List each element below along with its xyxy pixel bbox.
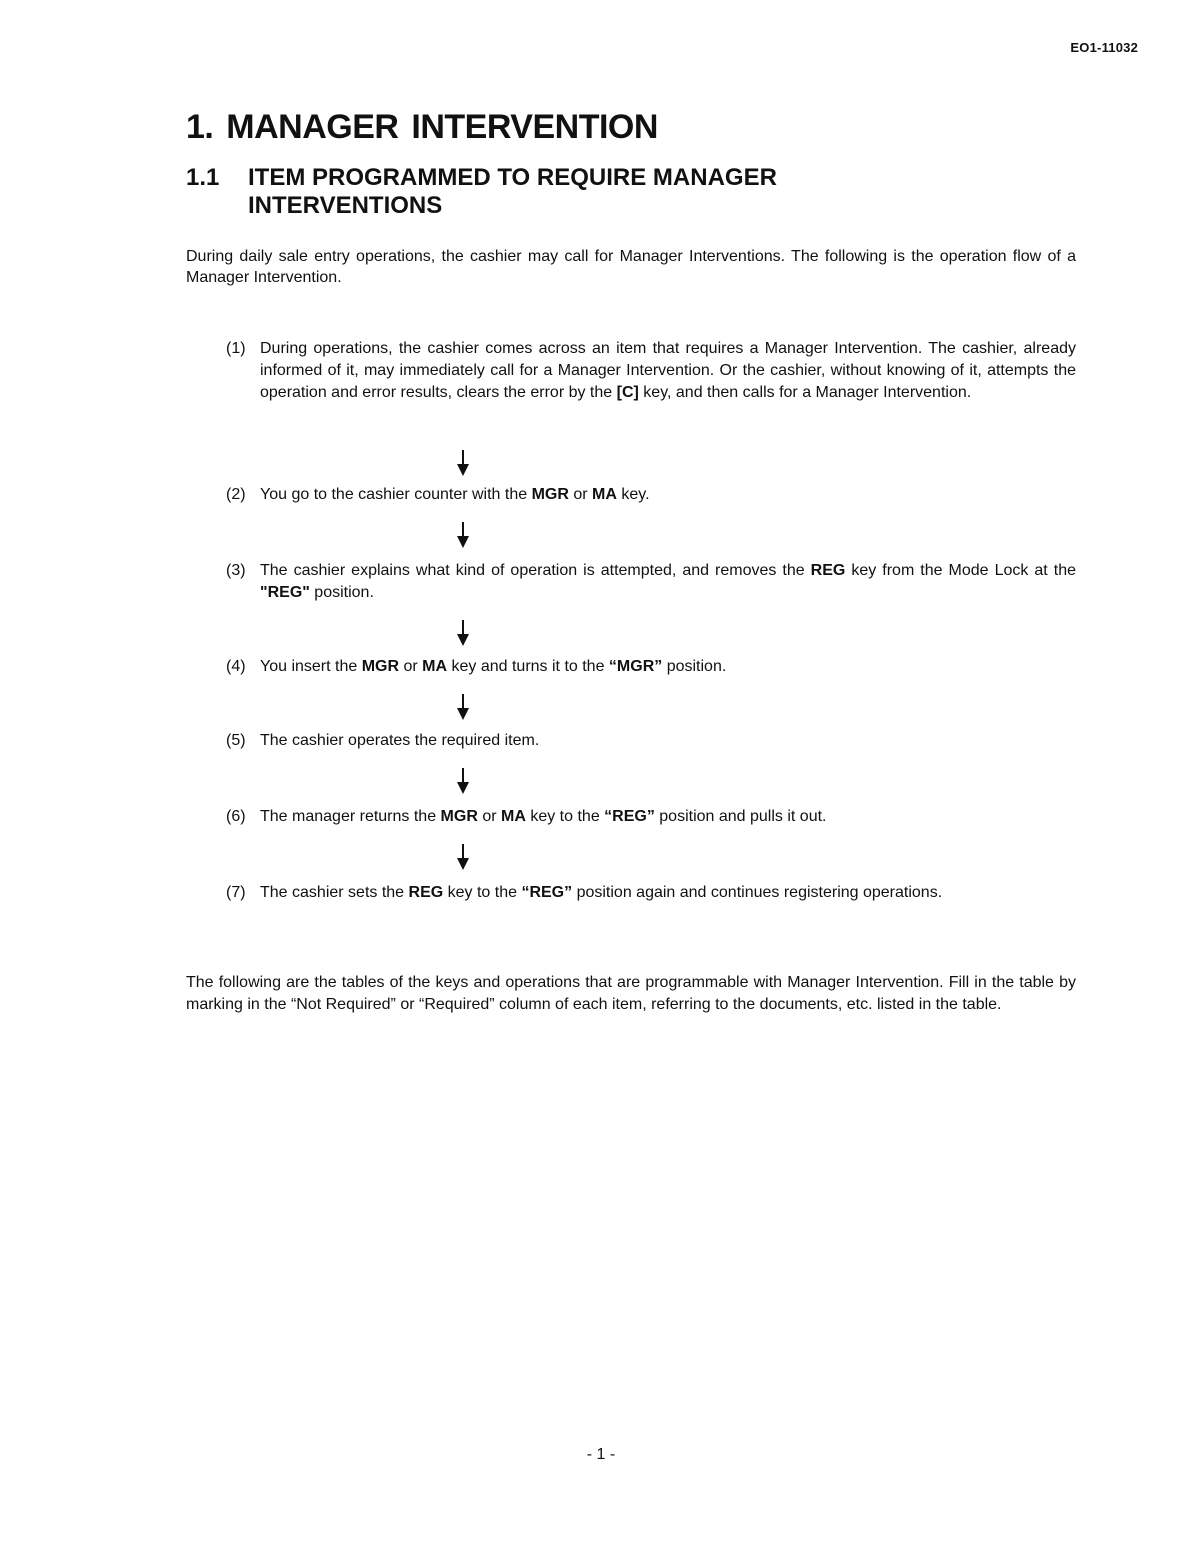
step-number: (4) (226, 656, 260, 678)
flow-step-1: (1) During operations, the cashier comes… (226, 338, 1076, 404)
step-number: (7) (226, 882, 260, 904)
document-id: EO1-11032 (1070, 40, 1138, 55)
step-text: You go to the cashier counter with the M… (260, 484, 1076, 506)
section-title: 1. MANAGER INTERVENTION (186, 108, 658, 147)
subsection-title: 1.1 ITEM PROGRAMMED TO REQUIRE MANAGER I… (186, 164, 888, 220)
flow-step-7: (7) The cashier sets the REG key to the … (226, 882, 1076, 904)
page-number: - 1 - (0, 1446, 1202, 1464)
flow-step-2: (2) You go to the cashier counter with t… (226, 484, 1076, 506)
step-text: During operations, the cashier comes acr… (260, 338, 1076, 404)
flow-step-6: (6) The manager returns the MGR or MA ke… (226, 806, 1076, 828)
step-number: (1) (226, 338, 260, 404)
step-number: (5) (226, 730, 260, 752)
subsection-number: 1.1 (186, 164, 248, 220)
step-text: The manager returns the MGR or MA key to… (260, 806, 1076, 828)
down-arrow-icon (455, 450, 471, 476)
down-arrow-icon (455, 620, 471, 646)
intro-paragraph: During daily sale entry operations, the … (186, 246, 1076, 288)
flow-step-3: (3) The cashier explains what kind of op… (226, 560, 1076, 604)
step-text: The cashier sets the REG key to the “REG… (260, 882, 1076, 904)
step-number: (2) (226, 484, 260, 506)
down-arrow-icon (455, 768, 471, 794)
down-arrow-icon (455, 844, 471, 870)
flow-step-4: (4) You insert the MGR or MA key and tur… (226, 656, 1076, 678)
step-text: You insert the MGR or MA key and turns i… (260, 656, 1076, 678)
step-text: The cashier operates the required item. (260, 730, 1076, 752)
flow-step-5: (5) The cashier operates the required it… (226, 730, 1076, 752)
down-arrow-icon (455, 522, 471, 548)
step-text: The cashier explains what kind of operat… (260, 560, 1076, 604)
down-arrow-icon (455, 694, 471, 720)
step-number: (6) (226, 806, 260, 828)
subsection-text: ITEM PROGRAMMED TO REQUIRE MANAGER INTER… (248, 164, 888, 220)
outro-paragraph: The following are the tables of the keys… (186, 972, 1076, 1016)
step-number: (3) (226, 560, 260, 604)
